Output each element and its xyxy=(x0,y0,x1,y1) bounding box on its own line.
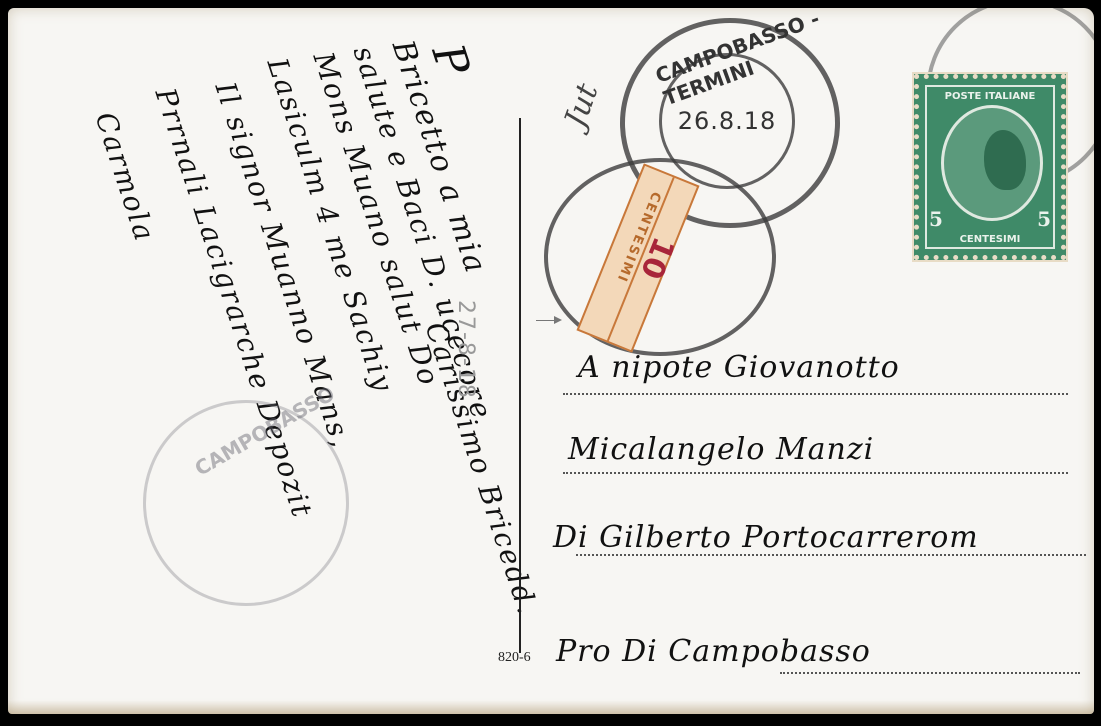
king-portrait-icon xyxy=(984,130,1026,190)
stamp-issuer: POSTE ITALIANE xyxy=(919,91,1061,102)
publisher-code: 820-6 xyxy=(498,650,531,666)
stamp-denomination: CENTESIMI xyxy=(919,234,1061,245)
initials-mark: Jut xyxy=(558,79,606,132)
address-rule xyxy=(576,554,1086,556)
stamp-value-right: 5 xyxy=(1037,207,1051,231)
address-line-4: Pro Di Campobasso xyxy=(556,634,871,669)
address-line-2: Micalangelo Manzi xyxy=(568,432,874,467)
card-divider xyxy=(519,118,521,653)
postage-stamp: POSTE ITALIANE 5 5 CENTESIMI xyxy=(914,74,1066,260)
arrow-icon xyxy=(536,320,560,321)
stamp-value-left: 5 xyxy=(929,207,943,231)
pencil-date: 27-8-18 xyxy=(453,300,478,400)
faint-postmark: CAMPOBASSO xyxy=(143,400,349,606)
postmark-date: 26.8.18 xyxy=(678,107,777,135)
address-rule xyxy=(780,672,1080,674)
address-rule xyxy=(563,393,1068,395)
postcard: P Bricetto a mia salute e Baci D. ucecor… xyxy=(8,8,1094,714)
address-rule xyxy=(563,472,1068,474)
message-line: Carmola xyxy=(89,108,162,246)
address-line-3: Di Gilberto Portocarrerom xyxy=(553,520,979,555)
address-line-1: A nipote Giovanotto xyxy=(578,350,900,385)
stamp-portrait xyxy=(941,105,1043,221)
